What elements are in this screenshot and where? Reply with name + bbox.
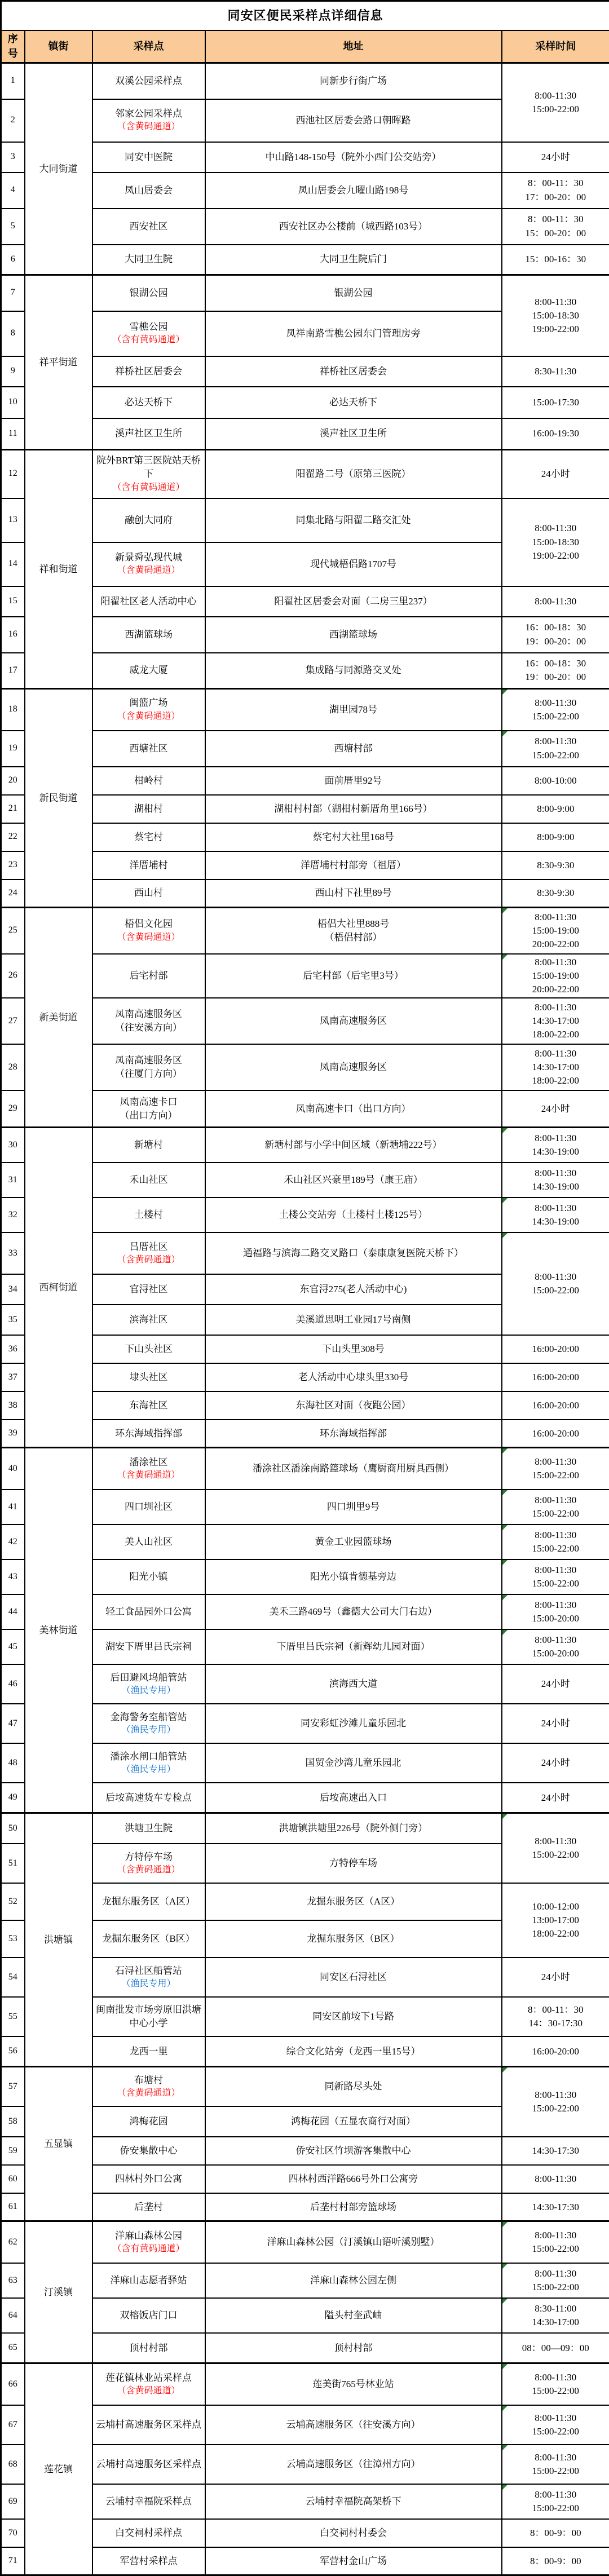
- site-cell: 溪声社区卫生所: [92, 418, 205, 450]
- site-cell: 四口圳社区: [92, 1490, 205, 1525]
- address-cell: 西湖篮球场: [205, 617, 502, 653]
- address-cell: 阳翟路二号（原第三医院）: [205, 450, 502, 498]
- time-cell: 8：00-11：30 15：00-20：00: [502, 209, 609, 245]
- address-cell: 西塘村部: [205, 731, 502, 767]
- site-cell: 吕厝社区（含黄码通道）: [92, 1232, 205, 1274]
- row-number-cell: 51: [1, 1844, 25, 1883]
- row-number-cell: 56: [1, 2036, 25, 2067]
- site-note: （含黄码通道）: [95, 2385, 202, 2398]
- header-address: 地址: [205, 30, 502, 63]
- time-cell: 8:00-11:30 15:00-19:00 20:00-22:00: [502, 954, 609, 998]
- site-name: 阳翟社区老人活动中心: [95, 595, 202, 608]
- time-cell: 10:00-12:00 13:00-17:00 18:00-22:00: [502, 1883, 609, 1958]
- time-cell: 16:00-20:00: [502, 1420, 609, 1448]
- time-cell: 8:00-11:30 15:00-22:00: [502, 2263, 609, 2298]
- site-cell: 官浔社区: [92, 1274, 205, 1305]
- site-name: 潘涂水闸口船管站: [95, 1750, 202, 1764]
- site-name: 柑岭村: [95, 774, 202, 788]
- site-cell: 金海警务室船管站（渔民专用）: [92, 1704, 205, 1743]
- cell-corner-marker-icon: [502, 1128, 507, 1133]
- site-note: （含黄码通道）: [95, 1864, 202, 1877]
- site-name: 洪塘卫生院: [95, 1822, 202, 1835]
- table-row: 56龙西一里综合文化站旁（龙西一里15号）16:00-20:00: [1, 2036, 609, 2067]
- time-cell: 8:00-11:30 15:00-19:00 20:00-22:00: [502, 908, 609, 954]
- row-number-cell: 67: [1, 2405, 25, 2445]
- table-row: 62汀溪镇洋麻山森林公园（含有黄码通道）洋麻山森林公园（汀溪镇山语听溪别墅）8:…: [1, 2221, 609, 2263]
- street-cell: 莲花镇: [25, 2363, 92, 2575]
- time-cell: 8:00-11:30 15:00-18:30 19:00-22:00: [502, 275, 609, 356]
- site-cell: 后垵高速货车专检点: [92, 1783, 205, 1813]
- row-number-cell: 17: [1, 653, 25, 689]
- site-cell: 祥桥社区居委会: [92, 356, 205, 387]
- cell-corner-marker-icon: [502, 1198, 507, 1203]
- row-number-cell: 28: [1, 1044, 25, 1090]
- address-cell: 洋麻山森林公园（汀溪镇山语听溪别墅）: [205, 2221, 502, 2263]
- address-cell: 凤祥南路雪樵公园东门管理房旁: [205, 311, 502, 356]
- cell-corner-marker-icon: [502, 2067, 507, 2073]
- street-cell: 五显镇: [25, 2067, 92, 2221]
- address-cell: 白交祠村村委会: [205, 2519, 502, 2547]
- site-cell: 后田避风坞船管站（渔民专用）: [92, 1664, 205, 1704]
- row-number-cell: 2: [1, 99, 25, 142]
- address-cell: 云埔村幸福院高架桥下: [205, 2484, 502, 2519]
- site-name: 下山头社区: [95, 1342, 202, 1356]
- site-cell: 凤山居委会: [92, 173, 205, 209]
- address-cell: 通福路与滨海二路交叉路口（泰康康复医院天桥下）: [205, 1232, 502, 1274]
- site-name: 凤南高速服务区 （往安溪方向）: [95, 1008, 202, 1035]
- time-cell: 8:00-11:30 15:00-22:00: [502, 2067, 609, 2137]
- row-number-cell: 71: [1, 2547, 25, 2575]
- cell-corner-marker-icon: [502, 2485, 507, 2490]
- site-cell: 邻家公园采样点（含黄码通道）: [92, 99, 205, 142]
- cell-corner-marker-icon: [502, 1595, 507, 1600]
- address-cell: 四林村西洋路666号外口公寓旁: [205, 2165, 502, 2193]
- table-row: 31禾山社区禾山社区兴豪里189号（康王庙）8:00-11:30 14:30-1…: [1, 1163, 609, 1198]
- table-row: 33吕厝社区（含黄码通道）通福路与滨海二路交叉路口（泰康康复医院天桥下）8:00…: [1, 1232, 609, 1274]
- row-number-cell: 52: [1, 1883, 25, 1920]
- row-number-cell: 11: [1, 418, 25, 450]
- site-name: 雪樵公园: [95, 320, 202, 334]
- time-cell: 16：00-18：30 19：00-20：00: [502, 653, 609, 689]
- row-number-cell: 16: [1, 617, 25, 653]
- row-number-cell: 5: [1, 209, 25, 245]
- row-number-cell: 41: [1, 1490, 25, 1525]
- site-name: 四林村外口公寓: [95, 2172, 202, 2186]
- site-name: 湖柑村: [95, 802, 202, 816]
- site-note: （渔民专用）: [95, 1764, 202, 1777]
- address-cell: 综合文化站旁（龙西一里15号）: [205, 2036, 502, 2067]
- time-cell: 8:30-11:00 14:30-17:00: [502, 2298, 609, 2333]
- cell-corner-marker-icon: [502, 908, 507, 913]
- site-name: 土楼村: [95, 1208, 202, 1222]
- row-number-cell: 35: [1, 1305, 25, 1335]
- table-row: 26后宅村部后宅村部（后宅里3号）8:00-11:30 15:00-19:00 …: [1, 954, 609, 998]
- time-cell: 8:00-11:30 15:00-22:00: [502, 731, 609, 767]
- site-cell: 东海社区: [92, 1391, 205, 1420]
- site-name: 莲花镇林业站采样点: [95, 2371, 202, 2385]
- site-cell: 新塘村: [92, 1128, 205, 1163]
- site-name: 威龙大厦: [95, 664, 202, 677]
- table-row: 20柑岭村面前厝里92号8:00-10:00: [1, 767, 609, 795]
- site-name: 龙掘东服务区（A区）: [95, 1895, 202, 1908]
- row-number-cell: 31: [1, 1163, 25, 1198]
- row-number-cell: 20: [1, 767, 25, 795]
- table-row: 32土楼村土楼公交站旁（土楼村土楼125号）8:00-11:30 14:30-1…: [1, 1198, 609, 1232]
- site-name: 吕厝社区: [95, 1240, 202, 1254]
- time-cell: 8:30-9:30: [502, 851, 609, 880]
- time-cell: 8:00-11:30 14:30-19:00: [502, 1198, 609, 1232]
- table-row: 52龙掘东服务区（A区）龙掘东服务区（A区）10:00-12:00 13:00-…: [1, 1883, 609, 1920]
- site-note: （渔民专用）: [95, 1685, 202, 1698]
- row-number-cell: 54: [1, 1958, 25, 1997]
- site-cell: 后宅村部: [92, 954, 205, 998]
- address-cell: 祥桥社区居委会: [205, 356, 502, 387]
- site-name: 闽篮广场: [95, 696, 202, 710]
- time-cell: 8:00-11:30 15:00-22:00: [502, 2221, 609, 2263]
- address-cell: 滨海西大道: [205, 1664, 502, 1704]
- cell-corner-marker-icon: [502, 731, 507, 736]
- site-cell: 鸿梅花园: [92, 2106, 205, 2137]
- time-cell: 16:00-20:00: [502, 2036, 609, 2067]
- time-cell: 8:30-11:30: [502, 356, 609, 387]
- table-row: 37埭头社区老人活动中心埭头里330号16:00-20:00: [1, 1363, 609, 1391]
- row-number-cell: 13: [1, 498, 25, 542]
- address-cell: 洋麻山森林公园左侧: [205, 2263, 502, 2298]
- page-title: 同安区便民采样点详细信息: [1, 1, 609, 31]
- site-cell: 融创大同府: [92, 498, 205, 542]
- street-cell: 洪塘镇: [25, 1813, 92, 2067]
- row-number-cell: 37: [1, 1363, 25, 1391]
- time-cell: 8:00-11:30 14:30-17:00 18:00-22:00: [502, 998, 609, 1044]
- site-note: （含黄码通道）: [95, 1254, 202, 1267]
- address-cell: 云埔高速服务区（往安溪方向）: [205, 2405, 502, 2445]
- table-row: 7祥平街道银湖公园银湖公园8:00-11:30 15:00-18:30 19:0…: [1, 275, 609, 311]
- site-cell: 凤南高速卡口 （出口方向）: [92, 1090, 205, 1128]
- address-cell: 溪声社区卫生所: [205, 418, 502, 450]
- site-name: 闽南批发市场旁原旧洪塘中心小学: [95, 2003, 202, 2030]
- site-name: 溪声社区卫生所: [95, 427, 202, 440]
- table-row: 43阳光小镇阳光小镇肯德基旁边8:00-11:30 15:00-22:00: [1, 1559, 609, 1594]
- time-cell: 24小时: [502, 142, 609, 173]
- site-name: 蔡宅村: [95, 830, 202, 844]
- address-cell: 银湖公园: [205, 275, 502, 311]
- address-cell: 龙掘东服务区（A区）: [205, 1883, 502, 1920]
- site-name: 后田避风坞船管站: [95, 1671, 202, 1685]
- row-number-cell: 1: [1, 63, 25, 99]
- site-cell: 院外BRT第三医院站天桥下（含有黄码通道）: [92, 450, 205, 498]
- row-number-cell: 27: [1, 998, 25, 1044]
- address-cell: 龙掘东服务区（B区）: [205, 1920, 502, 1958]
- address-cell: 国贸金沙湾儿童乐园北: [205, 1743, 502, 1783]
- site-cell: 阳翟社区老人活动中心: [92, 586, 205, 617]
- time-cell: 8:00-11:30: [502, 2165, 609, 2193]
- site-cell: 云埔村高速服务区采样点: [92, 2405, 205, 2445]
- time-cell: 8：00-9：00: [502, 2519, 609, 2547]
- table-row: 46后田避风坞船管站（渔民专用）滨海西大道24小时: [1, 1664, 609, 1704]
- time-cell: 16：00-18：30 19：00-20：00: [502, 617, 609, 653]
- table-row: 5西安社区西安社区办公楼前（城西路103号）8：00-11：30 15：00-2…: [1, 209, 609, 245]
- site-name: 东海社区: [95, 1399, 202, 1412]
- table-row: 65顶村村部顶村村部08：00—09：00: [1, 2333, 609, 2363]
- table-row: 70白交祠村采样点白交祠村村委会8：00-9：00: [1, 2519, 609, 2547]
- table-row: 38东海社区东海社区对面（夜跑公园）16:00-20:00: [1, 1391, 609, 1420]
- address-cell: 现代城梧侣路1707号: [205, 542, 502, 586]
- table-row: 17威龙大厦集成路与同源路交叉处16：00-18：30 19：00-20：00: [1, 653, 609, 689]
- address-cell: 同安彩虹沙滩儿童乐园北: [205, 1704, 502, 1743]
- table-row: 1大同街道双溪公园采样点同新步行街广场8:00-11:30 15:00-22:0…: [1, 63, 609, 99]
- site-cell: 阳光小镇: [92, 1559, 205, 1594]
- row-number-cell: 46: [1, 1664, 25, 1704]
- table-row: 61后垄村后垄村村部旁篮球场14:30-17:30: [1, 2193, 609, 2221]
- site-name: 凤山居委会: [95, 184, 202, 197]
- site-name: 云埔村幸福院采样点: [95, 2495, 202, 2508]
- address-cell: 鸿梅花园（五显农商行对面）: [205, 2106, 502, 2137]
- site-name: 方特停车场: [95, 1850, 202, 1864]
- time-cell: 24小时: [502, 1664, 609, 1704]
- sampling-points-table: 同安区便民采样点详细信息 序号 镇街 采样点 地址 采样时间 1大同街道双溪公园…: [0, 0, 609, 2576]
- row-number-cell: 34: [1, 1274, 25, 1305]
- row-number-cell: 10: [1, 387, 25, 418]
- time-cell: 8:00-11:30 15:00-22:00: [502, 2405, 609, 2445]
- table-row: 59侨安集散中心侨安社区竹坝游客集散中心14:30-17:30: [1, 2137, 609, 2165]
- row-number-cell: 22: [1, 823, 25, 851]
- row-number-cell: 19: [1, 731, 25, 767]
- time-cell: 8:00-11:30 15:00-20:00: [502, 1629, 609, 1664]
- site-cell: 柑岭村: [92, 767, 205, 795]
- row-number-cell: 30: [1, 1128, 25, 1163]
- table-row: 13融创大同府同集北路与阳翟二路交汇处8:00-11:30 15:00-18:3…: [1, 498, 609, 542]
- table-row: 68云埔村高速服务区采样点云埔高速服务区（往漳州方向）8:00-11:30 15…: [1, 2445, 609, 2484]
- row-number-cell: 44: [1, 1594, 25, 1629]
- address-cell: 东官浔275(老人活动中心): [205, 1274, 502, 1305]
- site-cell: 石浔社区船管站（渔民专用）: [92, 1958, 205, 1997]
- site-name: 龙西一里: [95, 2045, 202, 2058]
- address-cell: 西池社区居委会路口朝晖路: [205, 99, 502, 142]
- site-cell: 后垄村: [92, 2193, 205, 2221]
- row-number-cell: 68: [1, 2445, 25, 2484]
- time-cell: 8:00-11:30 15:00-22:00: [502, 689, 609, 731]
- table-row: 6大同卫生院大同卫生院后门15：00-16：30: [1, 245, 609, 275]
- time-cell: 08：00—09：00: [502, 2333, 609, 2363]
- address-cell: 莲美街765号林业站: [205, 2363, 502, 2405]
- time-cell: 8:00-11:30 15:00-22:00: [502, 2363, 609, 2405]
- table-row: 40美林街道潘涂社区（含黄码通道）潘涂社区潘涂南路篮球场（鹰厨商用厨具西侧）8:…: [1, 1448, 609, 1490]
- cell-corner-marker-icon: [502, 1814, 507, 1819]
- title-row: 同安区便民采样点详细信息: [1, 1, 609, 31]
- table-row: 9祥桥社区居委会祥桥社区居委会8:30-11:30: [1, 356, 609, 387]
- site-name: 布塘村: [95, 2074, 202, 2087]
- time-cell: 8:00-11:30 15:00-22:00: [502, 1448, 609, 1490]
- table-body: 1大同街道双溪公园采样点同新步行街广场8:00-11:30 15:00-22:0…: [1, 63, 609, 2575]
- row-number-cell: 58: [1, 2106, 25, 2137]
- site-name: 大同卫生院: [95, 253, 202, 266]
- site-cell: 西塘社区: [92, 731, 205, 767]
- site-note: （含有黄码通道）: [95, 481, 202, 494]
- time-cell: 8：00-9：00: [502, 2547, 609, 2575]
- address-cell: 东海社区对面（夜跑公园）: [205, 1391, 502, 1420]
- site-name: 双榕饭店门口: [95, 2309, 202, 2322]
- table-row: 69云埔村幸福院采样点云埔村幸福院高架桥下8:00-11:30 15:00-22…: [1, 2484, 609, 2519]
- time-cell: 8:00-11:30 15:00-22:00: [502, 1232, 609, 1335]
- site-name: 同安中医院: [95, 151, 202, 164]
- time-cell: 8:00-11:30 14:30-19:00: [502, 1128, 609, 1163]
- address-cell: 隘头村奎武岫: [205, 2298, 502, 2333]
- address-cell: 黄金工业园篮球场: [205, 1525, 502, 1559]
- address-cell: 潘涂社区潘涂南路篮球场（鹰厨商用厨具西侧）: [205, 1448, 502, 1490]
- site-cell: 龙掘东服务区（B区）: [92, 1920, 205, 1958]
- table-row: 55闽南批发市场旁原旧洪塘中心小学同安区前垵下1号路8：00-11：30 14：…: [1, 1997, 609, 2036]
- row-number-cell: 7: [1, 275, 25, 311]
- time-cell: 8:00-9:00: [502, 823, 609, 851]
- table-row: 19西塘社区西塘村部8:00-11:30 15:00-22:00: [1, 731, 609, 767]
- address-cell: 军营村金山广场: [205, 2547, 502, 2575]
- row-number-cell: 26: [1, 954, 25, 998]
- header-row: 序号 镇街 采样点 地址 采样时间: [1, 30, 609, 63]
- site-name: 潘涂社区: [95, 1456, 202, 1469]
- site-name: 后垄村: [95, 2201, 202, 2214]
- table-row: 18新民街道闽篮广场（含黄码通道）湖里园78号8:00-11:30 15:00-…: [1, 689, 609, 731]
- site-name: 西山村: [95, 886, 202, 900]
- site-cell: 双榕饭店门口: [92, 2298, 205, 2333]
- site-name: 凤南高速服务区 （往厦门方向）: [95, 1054, 202, 1081]
- site-name: 新景舜弘现代城: [95, 551, 202, 564]
- time-cell: 8：00-11：30 17：00-20：00: [502, 173, 609, 209]
- site-name: 院外BRT第三医院站天桥下: [95, 454, 202, 481]
- site-note: （含黄码通道）: [95, 564, 202, 577]
- site-name: 西塘社区: [95, 742, 202, 755]
- site-cell: 洪塘卫生院: [92, 1813, 205, 1844]
- site-name: 禾山社区: [95, 1173, 202, 1187]
- address-cell: 必达天桥下: [205, 387, 502, 418]
- site-note: （含黄码通道）: [95, 121, 202, 134]
- row-number-cell: 61: [1, 2193, 25, 2221]
- site-cell: 洋麻山森林公园（含有黄码通道）: [92, 2221, 205, 2263]
- time-cell: 14:30-17:30: [502, 2137, 609, 2165]
- table-row: 49后垵高速货车专检点后垵高速出入口24小时: [1, 1783, 609, 1813]
- site-note: （含黄码通道）: [95, 2087, 202, 2100]
- site-name: 四口圳社区: [95, 1500, 202, 1514]
- street-cell: 新美街道: [25, 908, 92, 1128]
- address-cell: 凤南高速服务区: [205, 1044, 502, 1090]
- header-street: 镇街: [25, 30, 92, 63]
- row-number-cell: 60: [1, 2165, 25, 2193]
- table-row: 64双榕饭店门口隘头村奎武岫8:30-11:00 14:30-17:00: [1, 2298, 609, 2333]
- address-cell: 同新步行街广场: [205, 63, 502, 99]
- site-cell: 凤南高速服务区 （往安溪方向）: [92, 998, 205, 1044]
- site-note: （渔民专用）: [95, 1978, 202, 1991]
- time-cell: 15：00-16：30: [502, 245, 609, 275]
- site-name: 侨安集散中心: [95, 2144, 202, 2158]
- site-cell: 洋麻山志愿者驿站: [92, 2263, 205, 2298]
- address-cell: 面前厝里92号: [205, 767, 502, 795]
- site-cell: 轻工食品园外口公寓: [92, 1594, 205, 1629]
- address-cell: 云埔高速服务区（往漳州方向）: [205, 2445, 502, 2484]
- address-cell: 美溪道思明工业园17号南侧: [205, 1305, 502, 1335]
- row-number-cell: 39: [1, 1420, 25, 1448]
- address-cell: 方特停车场: [205, 1844, 502, 1883]
- site-cell: 白交祠村采样点: [92, 2519, 205, 2547]
- row-number-cell: 70: [1, 2519, 25, 2547]
- row-number-cell: 55: [1, 1997, 25, 2036]
- row-number-cell: 18: [1, 689, 25, 731]
- address-cell: 阳翟社区居委会对面（二房三里237）: [205, 586, 502, 617]
- site-note: （含黄码通道）: [95, 1469, 202, 1482]
- site-name: 新塘村: [95, 1138, 202, 1152]
- time-cell: 8:00-11:30 14:30-19:00: [502, 1163, 609, 1198]
- row-number-cell: 12: [1, 450, 25, 498]
- table-row: 23洋厝埔村洋厝埔村村部旁（祖厝）8:30-9:30: [1, 851, 609, 880]
- address-cell: 集成路与同源路交叉处: [205, 653, 502, 689]
- cell-corner-marker-icon: [502, 955, 507, 960]
- site-cell: 侨安集散中心: [92, 2137, 205, 2165]
- site-cell: 大同卫生院: [92, 245, 205, 275]
- address-cell: 下山头里308号: [205, 1335, 502, 1363]
- site-cell: 闽南批发市场旁原旧洪塘中心小学: [92, 1997, 205, 2036]
- site-name: 云埔村高速服务区采样点: [95, 2458, 202, 2471]
- site-cell: 滨海社区: [92, 1305, 205, 1335]
- site-name: 洋厝埔村: [95, 859, 202, 872]
- site-name: 埭头社区: [95, 1371, 202, 1384]
- site-name: 美人山社区: [95, 1535, 202, 1549]
- table-row: 29凤南高速卡口 （出口方向）凤南高速卡口（出口方向）24小时: [1, 1090, 609, 1128]
- site-cell: 同安中医院: [92, 142, 205, 173]
- row-number-cell: 64: [1, 2298, 25, 2333]
- cell-corner-marker-icon: [502, 2406, 507, 2411]
- site-cell: 顶村村部: [92, 2333, 205, 2363]
- table-row: 15阳翟社区老人活动中心阳翟社区居委会对面（二房三里237）8:00-11:30: [1, 586, 609, 617]
- address-cell: 美禾三路469号（鑫德大公司大门右边）: [205, 1594, 502, 1629]
- address-cell: 凤山居委会九曜山路198号: [205, 173, 502, 209]
- address-cell: 洋厝埔村村部旁（祖厝）: [205, 851, 502, 880]
- site-name: 顶村村部: [95, 2341, 202, 2355]
- table-row: 71军营村采样点军营村金山广场8：00-9：00: [1, 2547, 609, 2575]
- row-number-cell: 6: [1, 245, 25, 275]
- site-note: （含黄码通道）: [95, 931, 202, 944]
- row-number-cell: 8: [1, 311, 25, 356]
- street-cell: 汀溪镇: [25, 2221, 92, 2363]
- table-row: 39环东海域指挥部环东海域指挥部16:00-20:00: [1, 1420, 609, 1448]
- time-cell: 8:00-10:00: [502, 767, 609, 795]
- site-cell: 环东海域指挥部: [92, 1420, 205, 1448]
- site-name: 必达天桥下: [95, 396, 202, 409]
- row-number-cell: 57: [1, 2067, 25, 2106]
- site-cell: 凤南高速服务区 （往厦门方向）: [92, 1044, 205, 1090]
- site-name: 军营村采样点: [95, 2555, 202, 2568]
- table-row: 11溪声社区卫生所溪声社区卫生所16:00-19:30: [1, 418, 609, 450]
- site-name: 白交祠村采样点: [95, 2526, 202, 2540]
- site-cell: 西安社区: [92, 209, 205, 245]
- street-cell: 西柯街道: [25, 1128, 92, 1448]
- row-number-cell: 65: [1, 2333, 25, 2363]
- site-name: 银湖公园: [95, 286, 202, 300]
- table-row: 4凤山居委会凤山居委会九曜山路198号8：00-11：30 17：00-20：0…: [1, 173, 609, 209]
- address-cell: 老人活动中心埭头里330号: [205, 1363, 502, 1391]
- site-name: 石浔社区船管站: [95, 1964, 202, 1978]
- row-number-cell: 48: [1, 1743, 25, 1783]
- table-row: 16西湖篮球场西湖篮球场16：00-18：30 19：00-20：00: [1, 617, 609, 653]
- header-time: 采样时间: [502, 30, 609, 63]
- table-row: 3同安中医院中山路148-150号（院外小西门公交站旁）24小时: [1, 142, 609, 173]
- table-row: 10必达天桥下必达天桥下15:00-17:30: [1, 387, 609, 418]
- site-cell: 龙掘东服务区（A区）: [92, 1883, 205, 1920]
- address-cell: 凤南高速服务区: [205, 998, 502, 1044]
- row-number-cell: 33: [1, 1232, 25, 1274]
- site-cell: 西湖篮球场: [92, 617, 205, 653]
- header-no: 序号: [1, 30, 25, 63]
- time-cell: 8:00-11:30: [502, 586, 609, 617]
- site-name: 云埔村高速服务区采样点: [95, 2418, 202, 2432]
- cell-corner-marker-icon: [502, 2264, 507, 2269]
